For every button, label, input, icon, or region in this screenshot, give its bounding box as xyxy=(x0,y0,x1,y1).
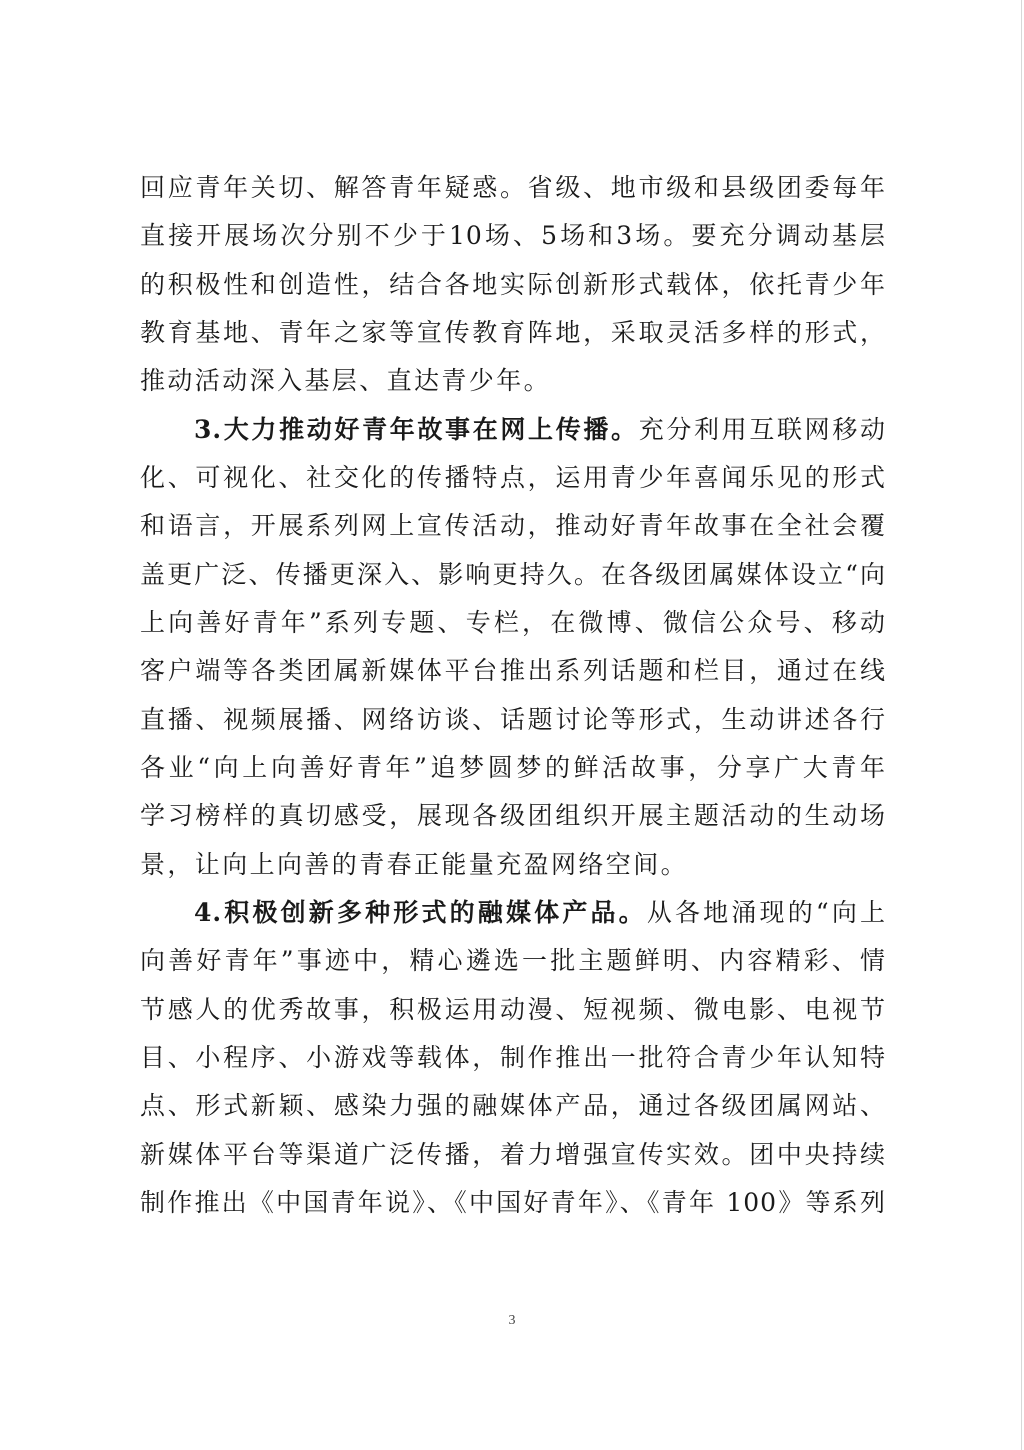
text-line: 推动活动深入基层、直达青少年。 xyxy=(140,366,886,396)
text-line: 教育基地、青年之家等宣传教育阵地，采取灵活多样的形式， xyxy=(140,318,886,348)
section-heading: 积极创新多种形式的融媒体产品。 xyxy=(222,898,647,927)
section-number: 4. xyxy=(194,898,222,927)
page-number: 3 xyxy=(0,1313,1024,1329)
text-line: 回应青年关切、解答青年疑惑。省级、地市级和县级团委每年 xyxy=(140,173,886,203)
heading-line-rest: 充分利用互联网移动 xyxy=(639,415,886,444)
text-line: 向善好青年”事迹中，精心遴选一批主题鲜明、内容精彩、情 xyxy=(140,946,886,976)
section-heading: 大力推动好青年故事在网上传播。 xyxy=(222,415,639,444)
text-line: 新媒体平台等渠道广泛传播，着力增强宣传实效。团中央持续 xyxy=(140,1140,886,1170)
section-heading-line: 4.积极创新多种形式的融媒体产品。从各地涌现的“向上 xyxy=(194,898,886,928)
page-edge-line xyxy=(1021,0,1022,1450)
text-line: 上向善好青年”系列专题、专栏，在微博、微信公众号、移动 xyxy=(140,608,886,638)
section-heading-line: 3.大力推动好青年故事在网上传播。充分利用互联网移动 xyxy=(194,415,886,445)
heading-line-rest: 从各地涌现的“向上 xyxy=(647,898,886,927)
text-line: 客户端等各类团属新媒体平台推出系列话题和栏目，通过在线 xyxy=(140,656,886,686)
text-line: 景，让向上向善的青春正能量充盈网络空间。 xyxy=(140,850,886,880)
text-line: 盖更广泛、传播更深入、影响更持久。在各级团属媒体设立“向 xyxy=(140,560,886,590)
text-line: 节感人的优秀故事，积极运用动漫、短视频、微电影、电视节 xyxy=(140,995,886,1025)
section-number: 3. xyxy=(194,415,222,444)
text-line: 学习榜样的真切感受，展现各级团组织开展主题活动的生动场 xyxy=(140,801,886,831)
text-line: 各业“向上向善好青年”追梦圆梦的鲜活故事，分享广大青年 xyxy=(140,753,886,783)
text-line: 直播、视频展播、网络访谈、话题讨论等形式，生动讲述各行 xyxy=(140,705,886,735)
text-line: 制作推出《中国青年说》、《中国好青年》、《青年 100》等系列 xyxy=(140,1188,886,1218)
text-line: 和语言，开展系列网上宣传活动，推动好青年故事在全社会覆 xyxy=(140,511,886,541)
text-line: 化、可视化、社交化的传播特点，运用青少年喜闻乐见的形式 xyxy=(140,463,886,493)
text-line: 的积极性和创造性，结合各地实际创新形式载体，依托青少年 xyxy=(140,270,886,300)
text-line: 直接开展场次分别不少于10场、5场和3场。要充分调动基层 xyxy=(140,221,886,251)
text-line: 目、小程序、小游戏等载体，制作推出一批符合青少年认知特 xyxy=(140,1043,886,1073)
text-line: 点、形式新颖、感染力强的融媒体产品，通过各级团属网站、 xyxy=(140,1091,886,1121)
